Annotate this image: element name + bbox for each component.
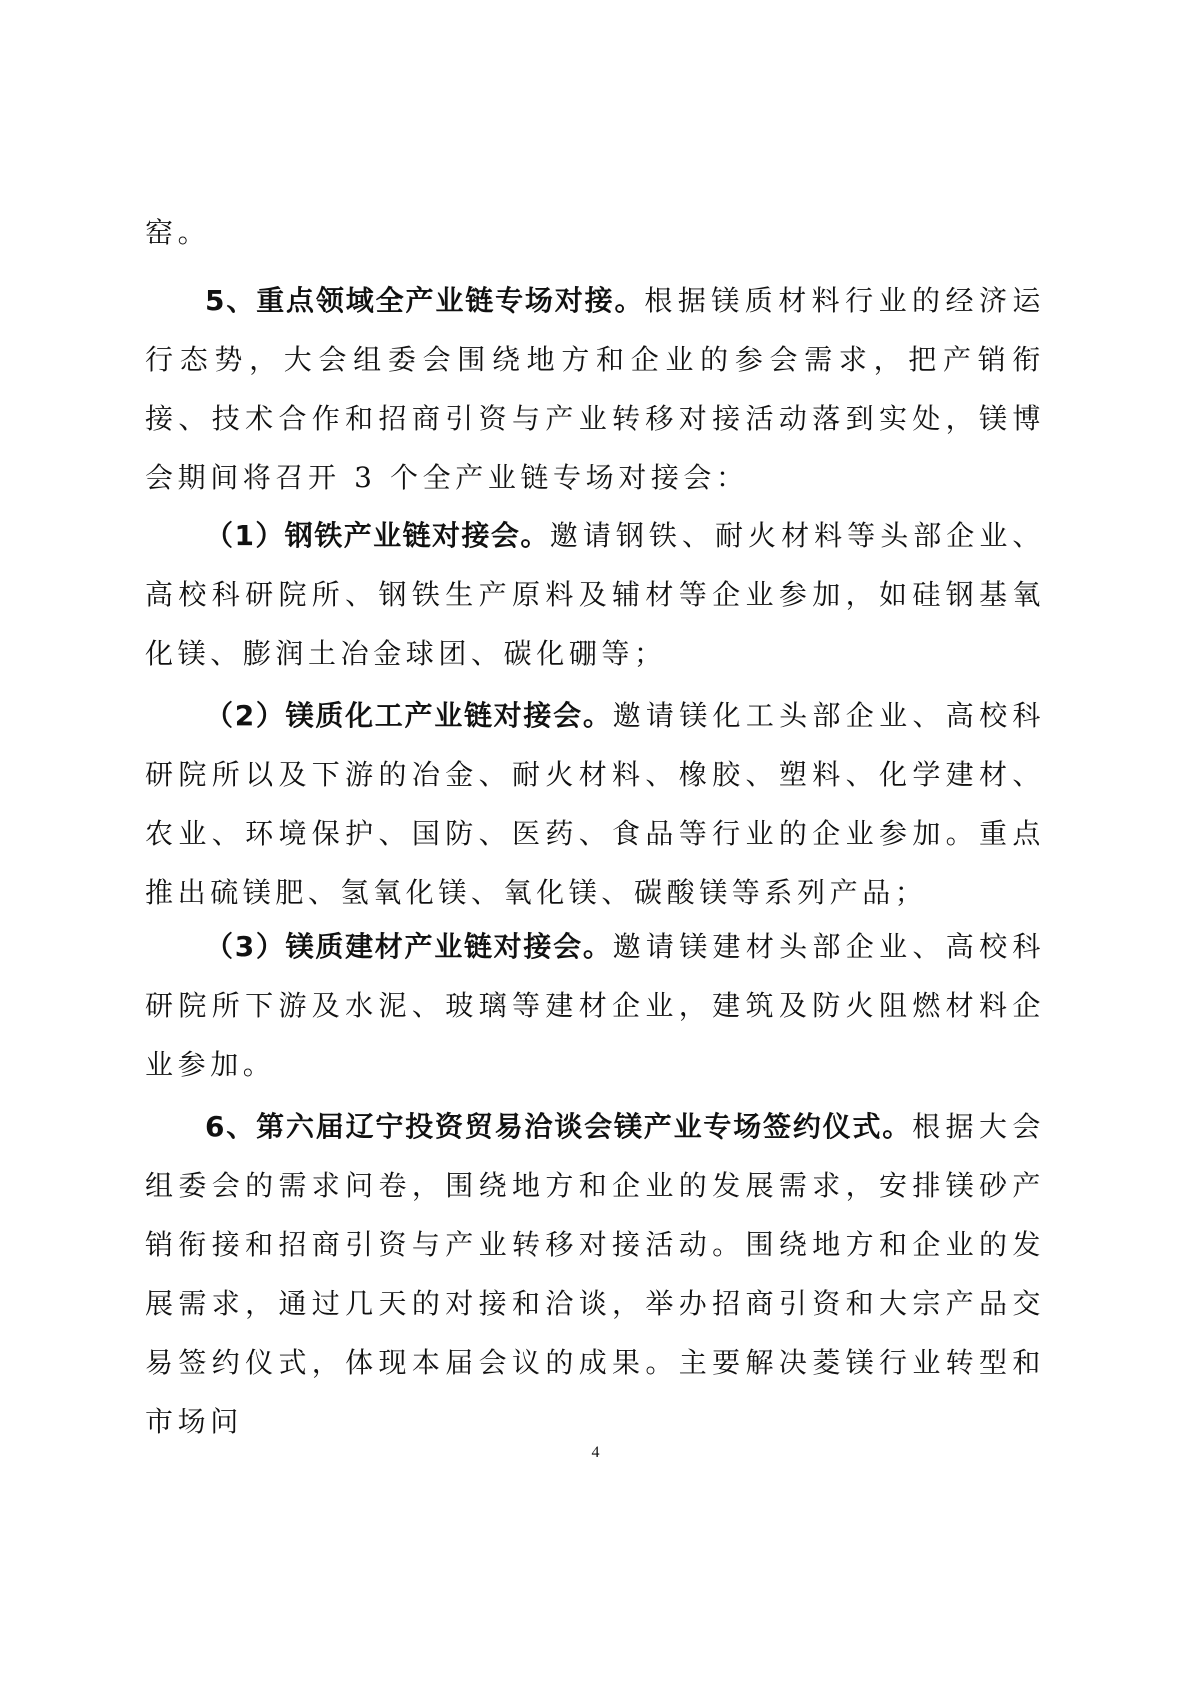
page-number: 4	[0, 1444, 1191, 1462]
paragraph-item-1: （1）钢铁产业链对接会。邀请钢铁、耐火材料等头部企业、高校科研院所、钢铁生产原料…	[145, 506, 1045, 683]
item-heading: （2）镁质化工产业链对接会。	[205, 699, 613, 732]
paragraph-section-6: 6、第六届辽宁投资贸易洽谈会镁产业专场签约仪式。根据大会组委会的需求问卷，围绕地…	[145, 1097, 1045, 1451]
paragraph-body: 窑。	[145, 216, 210, 249]
paragraph-item-3: （3）镁质建材产业链对接会。邀请镁建材头部企业、高校科研院所下游及水泥、玻璃等建…	[145, 917, 1045, 1094]
paragraph-body: 根据大会组委会的需求问卷，围绕地方和企业的发展需求，安排镁砂产销衔接和招商引资与…	[145, 1110, 1045, 1438]
paragraph-continuation: 窑。	[145, 203, 1045, 262]
paragraph-item-2: （2）镁质化工产业链对接会。邀请镁化工头部企业、高校科研院所以及下游的冶金、耐火…	[145, 686, 1045, 922]
item-heading: （3）镁质建材产业链对接会。	[205, 930, 613, 963]
item-heading: （1）钢铁产业链对接会。	[205, 519, 550, 552]
section-heading: 5、重点领域全产业链专场对接。	[205, 284, 644, 317]
paragraph-section-5: 5、重点领域全产业链专场对接。根据镁质材料行业的经济运行态势，大会组委会围绕地方…	[145, 271, 1045, 507]
document-page: 窑。 5、重点领域全产业链专场对接。根据镁质材料行业的经济运行态势，大会组委会围…	[0, 0, 1191, 1683]
section-heading: 6、第六届辽宁投资贸易洽谈会镁产业专场签约仪式。	[205, 1110, 912, 1143]
